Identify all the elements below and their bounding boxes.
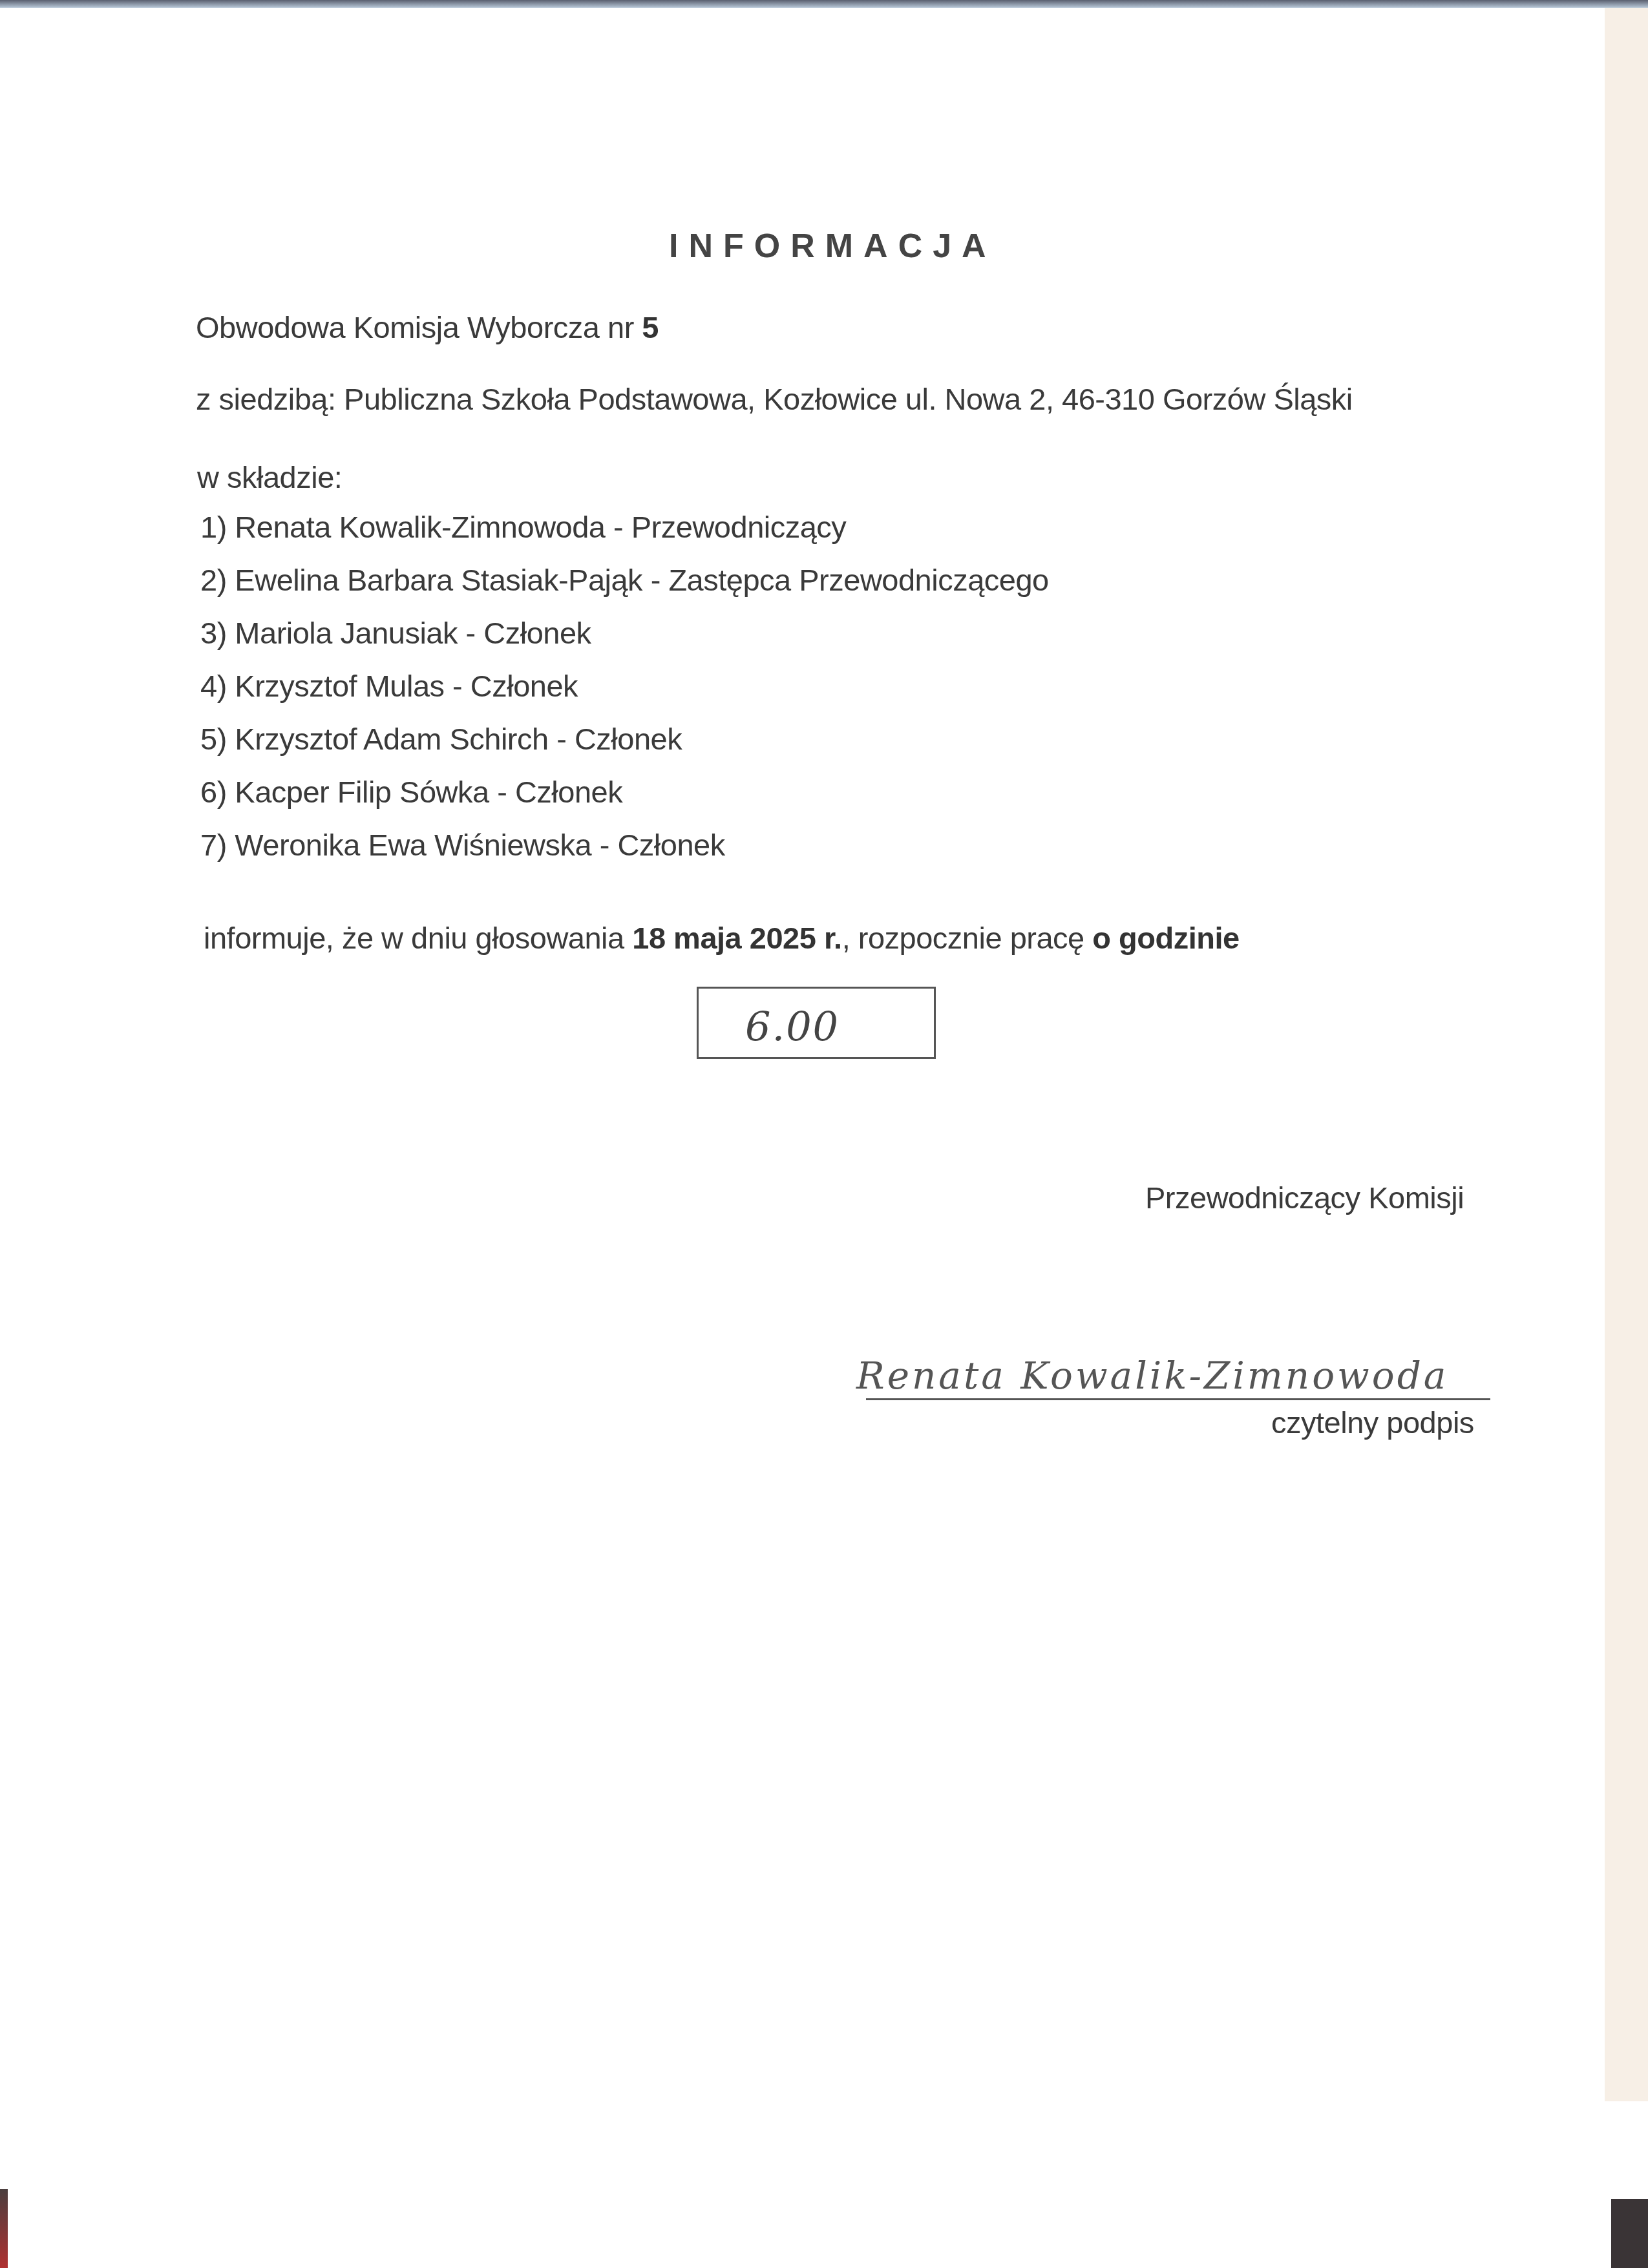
member-item: 1) Renata Kowalik-Zimnowoda - Przewodnic… xyxy=(200,512,846,542)
signature-line xyxy=(866,1398,1490,1400)
committee-number: 5 xyxy=(642,310,659,344)
start-hour-handwritten: 6.00 xyxy=(745,1003,840,1050)
signature-caption: czytelny podpis xyxy=(1271,1407,1474,1438)
handwritten-signature: Renata Kowalik-Zimnowoda xyxy=(856,1354,1448,1398)
committee-line: Obwodowa Komisja Wyborcza nr 5 xyxy=(196,312,659,342)
statement-line: informuje, że w dniu głosowania 18 maja … xyxy=(204,923,1240,953)
composition-label: w składzie: xyxy=(197,462,342,492)
start-hour-box: 6.00 xyxy=(697,987,936,1059)
member-item: 3) Mariola Janusiak - Członek xyxy=(200,618,591,648)
member-item: 7) Weronika Ewa Wiśniewska - Członek xyxy=(200,830,725,860)
member-item: 5) Krzysztof Adam Schirch - Członek xyxy=(200,724,682,754)
scan-corner-bottom-right xyxy=(1611,2199,1648,2268)
committee-seat: z siedzibą: Publiczna Szkoła Podstawowa,… xyxy=(196,384,1353,414)
member-item: 2) Ewelina Barbara Stasiak-Pająk - Zastę… xyxy=(200,565,1049,595)
statement-text: , rozpocznie pracę xyxy=(842,921,1093,955)
scan-edge-right xyxy=(1605,8,1648,2101)
statement-hour-label: o godzinie xyxy=(1092,921,1239,955)
member-item: 4) Krzysztof Mulas - Członek xyxy=(200,671,578,701)
signature-role: Przewodniczący Komisji xyxy=(1145,1182,1464,1213)
scan-corner-bottom-left xyxy=(0,2189,8,2268)
document-title: INFORMACJA xyxy=(669,229,997,263)
voting-date: 18 maja 2025 r. xyxy=(632,921,841,955)
member-item: 6) Kacper Filip Sówka - Członek xyxy=(200,777,622,807)
committee-prefix: Obwodowa Komisja Wyborcza nr xyxy=(196,310,642,344)
statement-text: informuje, że w dniu głosowania xyxy=(204,921,632,955)
scan-edge-top xyxy=(0,0,1648,8)
